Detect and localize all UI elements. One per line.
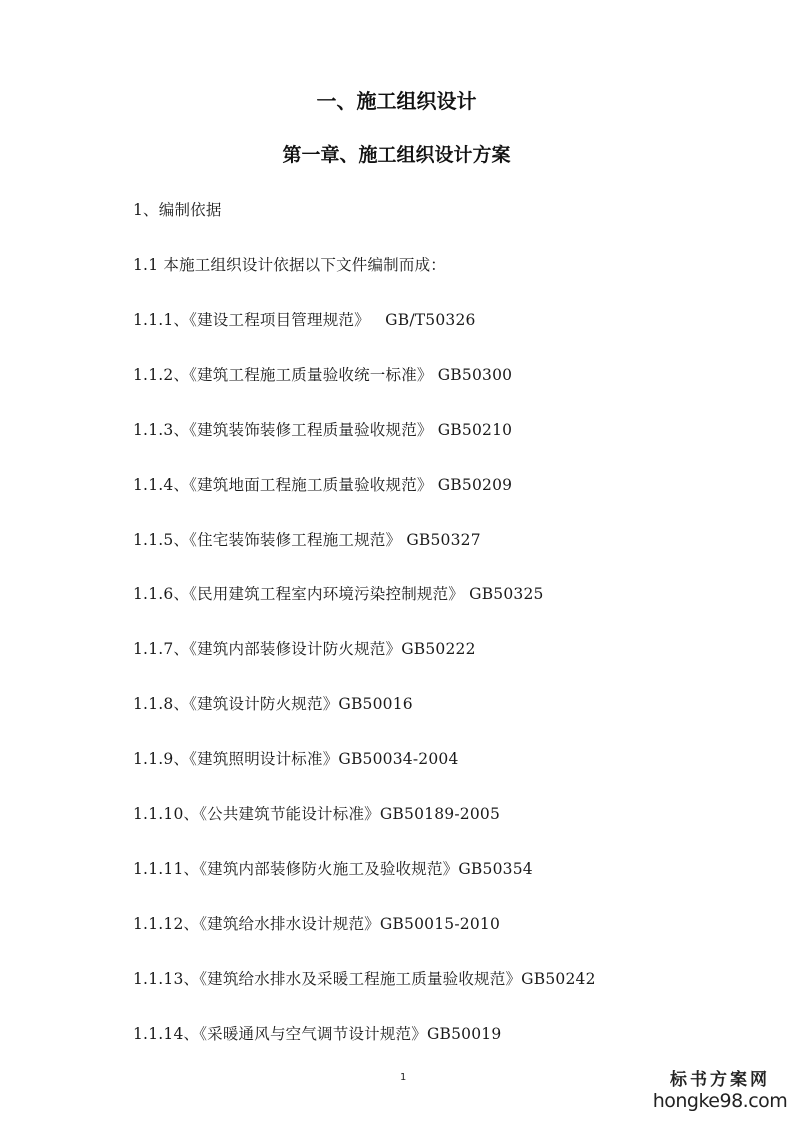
reference-item: 1.1.10、《公共建筑节能设计标准》GB50189-2005 (133, 802, 500, 824)
reference-item: 1.1.14、《采暖通风与空气调节设计规范》GB50019 (133, 1022, 501, 1044)
reference-item: 1.1.13、《建筑给水排水及采暖工程施工质量验收规范》GB50242 (133, 967, 596, 989)
reference-item: 1.1.6、《民用建筑工程室内环境污染控制规范》 GB50325 (133, 582, 544, 604)
reference-item: 1.1.2、《建筑工程施工质量验收统一标准》 GB50300 (133, 363, 512, 385)
watermark-domain: hongke98.com (650, 1090, 790, 1112)
section-heading: 1、编制依据 (133, 198, 222, 220)
reference-item: 1.1.8、《建筑设计防火规范》GB50016 (133, 692, 413, 714)
document-title: 一、施工组织设计 (0, 85, 793, 114)
chapter-title: 第一章、施工组织设计方案 (0, 140, 793, 167)
subsection-intro: 1.1 本施工组织设计依据以下文件编制而成： (133, 253, 446, 275)
reference-item: 1.1.5、《住宅装饰装修工程施工规范》 GB50327 (133, 528, 481, 550)
watermark-name: 标书方案网 (650, 1070, 790, 1090)
watermark-logo: 标书方案网 hongke98.com (650, 1070, 790, 1112)
reference-item: 1.1.12、《建筑给水排水设计规范》GB50015-2010 (133, 912, 500, 934)
reference-item: 1.1.3、《建筑装饰装修工程质量验收规范》 GB50210 (133, 418, 512, 440)
reference-item: 1.1.9、《建筑照明设计标准》GB50034-2004 (133, 747, 459, 769)
page-number: 1 (400, 1072, 406, 1083)
reference-item: 1.1.4、《建筑地面工程施工质量验收规范》 GB50209 (133, 473, 512, 495)
reference-item: 1.1.11、《建筑内部装修防火施工及验收规范》GB50354 (133, 857, 533, 879)
reference-item: 1.1.1、《建设工程项目管理规范》 GB/T50326 (133, 308, 476, 330)
reference-item: 1.1.7、《建筑内部装修设计防火规范》GB50222 (133, 637, 476, 659)
